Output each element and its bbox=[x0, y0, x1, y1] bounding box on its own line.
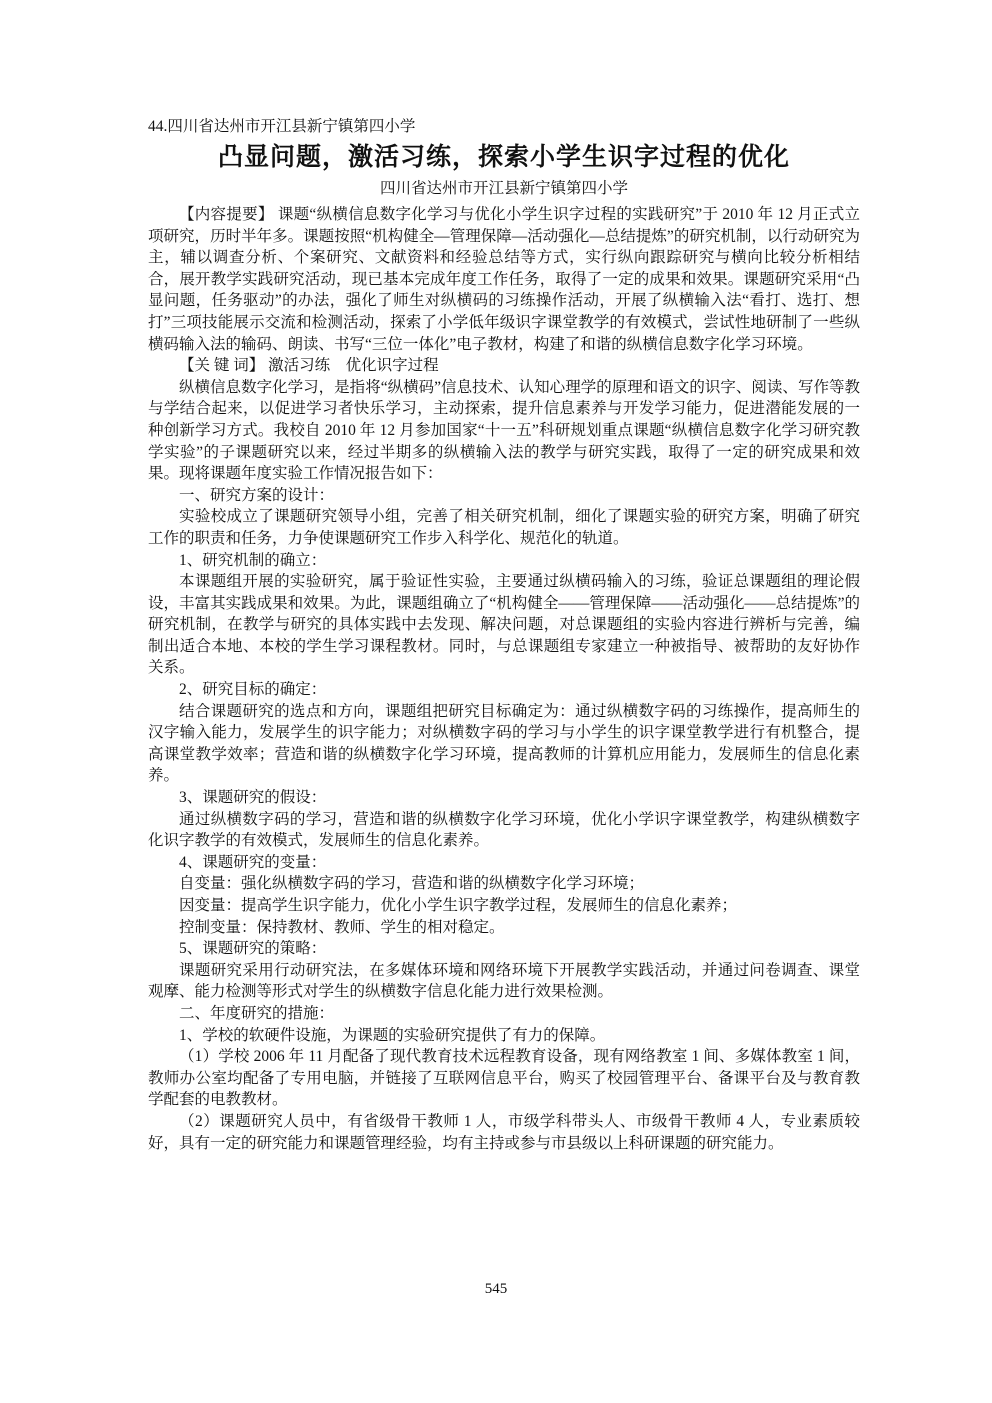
document-header-number-school: 44.四川省达州市开江县新宁镇第四小学 bbox=[148, 116, 860, 138]
paragraph-keywords: 【关 键 词】 激活习练 优化识字过程 bbox=[148, 355, 860, 377]
paragraph-body: 纵横信息数字化学习，是指将“纵横码”信息技术、认知心理学的原理和语文的识字、阅读… bbox=[148, 377, 860, 485]
paragraph-heading: 二、年度研究的措施： bbox=[148, 1003, 860, 1025]
document-author-school: 四川省达州市开江县新宁镇第四小学 bbox=[148, 178, 860, 200]
paragraph-heading: 3、课题研究的假设： bbox=[148, 787, 860, 809]
paragraph-body: 通过纵横数字码的学习，营造和谐的纵横数字化学习环境，优化小学识字课堂教学，构建纵… bbox=[148, 809, 860, 852]
paragraph-body: 实验校成立了课题研究领导小组，完善了相关研究机制，细化了课题实验的研究方案，明确… bbox=[148, 506, 860, 549]
paragraph-heading: 2、研究目标的确定： bbox=[148, 679, 860, 701]
paragraph-heading: 5、课题研究的策略： bbox=[148, 938, 860, 960]
paragraph-line: 自变量：强化纵横数字码的学习，营造和谐的纵横数字化学习环境； bbox=[148, 873, 860, 895]
paragraph-body: （1）学校 2006 年 11 月配备了现代教育技术远程教育设备，现有网络教室 … bbox=[148, 1046, 860, 1111]
paragraphs: 【内容提要】 课题“纵横信息数字化学习与优化小学生识字过程的实践研究”于 201… bbox=[148, 204, 860, 1154]
paragraph-body: 本课题组开展的实验研究，属于验证性实验，主要通过纵横码输入的习练，验证总课题组的… bbox=[148, 571, 860, 679]
paragraph-line: 控制变量：保持教材、教师、学生的相对稳定。 bbox=[148, 917, 860, 939]
document-content: 44.四川省达州市开江县新宁镇第四小学 凸显问题，激活习练，探索小学生识字过程的… bbox=[148, 116, 860, 1154]
paragraph-heading: 4、课题研究的变量： bbox=[148, 852, 860, 874]
paragraph-line: 因变量：提高学生识字能力，优化小学生识字教学过程，发展师生的信息化素养； bbox=[148, 895, 860, 917]
paragraph-heading: 1、研究机制的确立： bbox=[148, 550, 860, 572]
document-page: 44.四川省达州市开江县新宁镇第四小学 凸显问题，激活习练，探索小学生识字过程的… bbox=[0, 0, 992, 1403]
paragraph-heading: 1、学校的软硬件设施，为课题的实验研究提供了有力的保障。 bbox=[148, 1025, 860, 1047]
paragraph-heading: 一、研究方案的设计： bbox=[148, 485, 860, 507]
paragraph-abstract: 【内容提要】 课题“纵横信息数字化学习与优化小学生识字过程的实践研究”于 201… bbox=[148, 204, 860, 355]
page-number: 545 bbox=[0, 1278, 992, 1300]
paragraph-body: 课题研究采用行动研究法，在多媒体环境和网络环境下开展教学实践活动，并通过问卷调查… bbox=[148, 960, 860, 1003]
paragraph-body: （2）课题研究人员中，有省级骨干教师 1 人，市级学科带头人、市级骨干教师 4 … bbox=[148, 1111, 860, 1154]
paragraph-body: 结合课题研究的选点和方向，课题组把研究目标确定为：通过纵横数字码的习练操作，提高… bbox=[148, 701, 860, 787]
document-title: 凸显问题，激活习练，探索小学生识字过程的优化 bbox=[148, 141, 860, 175]
